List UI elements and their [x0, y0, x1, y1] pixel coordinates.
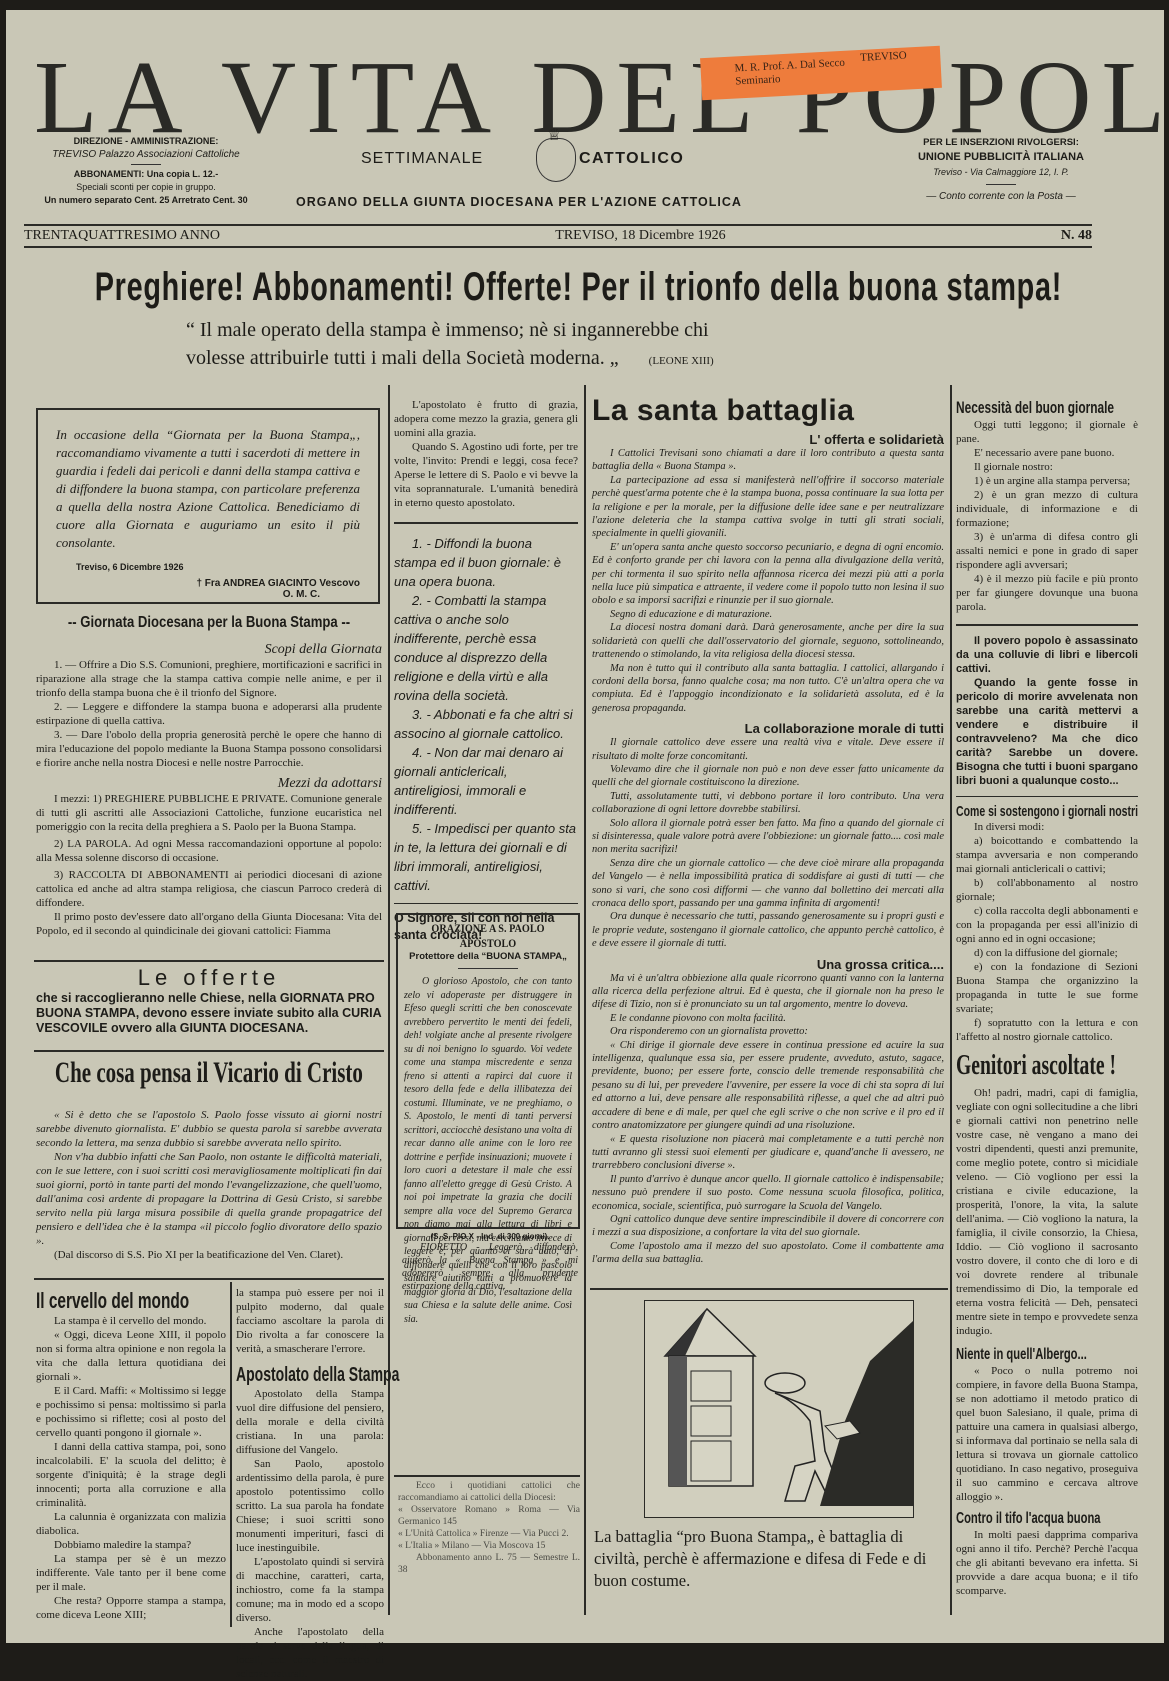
cervello-paragraph: E il Card. Maffi: « Moltissimo si legge …: [36, 1384, 226, 1440]
offerte-section: Le offerte che si raccoglieranno nelle C…: [36, 965, 382, 1036]
sostengono-item: e) con la fondazione di Sezioni Buona St…: [956, 960, 1138, 1016]
col4: Necessità del buon giornale Oggi tutti l…: [956, 398, 1138, 1598]
giornata-title: -- Giornata Diocesana per la Buona Stamp…: [67, 614, 351, 632]
direzione-label: DIREZIONE - AMMINISTRAZIONE:: [36, 135, 256, 148]
precetti-list: 1. - Diffondi la buona stampa ed il buon…: [394, 534, 578, 895]
genitori-title: Genitori ascoltate !: [956, 1050, 1138, 1082]
quotidiani-intro: Ecco i quotidiani cattolici che raccoman…: [398, 1480, 580, 1504]
divider: [24, 246, 1092, 248]
masthead-right-info: PER LE INSERZIONI RIVOLGERSI: UNIONE PUB…: [886, 135, 1116, 204]
unione-label: UNIONE PUBBLICITÀ ITALIANA: [886, 150, 1116, 165]
apostolato-cont-paragraph: L'apostolato è frutto di grazia, adopera…: [394, 398, 578, 440]
fioretto: FIORETTO - Leggerò, diffonderò, aiuterò …: [402, 1241, 578, 1293]
apostolato-paragraph: Apostolato della Stampa vuol dire diffus…: [236, 1387, 384, 1457]
bishop-notice-box: In occasione della “Giornata per la Buon…: [36, 408, 380, 604]
indulgenza: (S. S. PIO X - Ind. di 300 giorni).: [402, 1232, 578, 1241]
sede-text: TREVISO Palazzo Associazioni Cattoliche: [36, 148, 256, 161]
necessita-paragraph: E' necessario avere pane buono.: [956, 446, 1138, 460]
mezzi-item: I mezzi: 1) PREGHIERE PUBBLICHE E PRIVAT…: [36, 792, 382, 834]
article-paragraph: Ma vi è un'altra obbiezione alla quale r…: [592, 972, 944, 1012]
divider: [131, 164, 161, 165]
scopi-item: 3. — Dare l'obolo della propria generosi…: [36, 728, 382, 770]
scopi-item: 2. — Leggere e diffondere la stampa buon…: [36, 700, 382, 728]
apostolato-paragraph: L'apostolato quindi si servirà di macchi…: [236, 1555, 384, 1625]
orazione-footer: (S. S. PIO X - Ind. di 300 giorni). FIOR…: [402, 1232, 578, 1293]
vicario-section: Che cosa pensa il Vicario di Cristo « Si…: [36, 1056, 382, 1262]
column-divider: [584, 385, 586, 1615]
offerte-text: che si raccoglieranno nelle Chiese, nell…: [36, 991, 382, 1036]
kiosk-illustration: [644, 1300, 914, 1518]
apostolato-paragraph: Anche l'apostolato della parola si serve…: [236, 1625, 384, 1653]
povero-popolo-text: Il povero popolo è assassinato da una co…: [956, 634, 1138, 676]
masthead-left-info: DIREZIONE - AMMINISTRAZIONE: TREVISO Pal…: [36, 135, 256, 207]
cervello-paragraph: « Oggi, diceva Leone XIII, il popolo non…: [36, 1328, 226, 1384]
orazione-box: ORAZIONE A S. PAOLO APOSTOLO Protettore …: [396, 913, 580, 1229]
scopi-item: 1. — Offrire a Dio S.S. Comunioni, pregh…: [36, 658, 382, 700]
necessita-title: Necessità del buon giornale: [956, 398, 1138, 418]
masthead-title: LA VITA DEL POPOLO: [34, 48, 1114, 148]
albergo-title: Niente in quell'Albergo...: [956, 1346, 1138, 1364]
divider: [956, 624, 1138, 626]
article-paragraph: Senza dire che un giornale cattolico — c…: [592, 857, 944, 911]
col2: L'apostolato è frutto di grazia, adopera…: [394, 398, 578, 944]
leone-quote: “ Il male operato della stampa è immenso…: [186, 316, 966, 375]
necessita-paragraph: 3) è un'arma di difesa contro gli assalt…: [956, 530, 1138, 572]
article-paragraph: E' un'opera santa anche questo soccorso …: [592, 541, 944, 608]
sostengono-item: c) colla raccolta degli abbonamenti e co…: [956, 904, 1138, 946]
necessita-paragraph: Oggi tutti leggono; il giornale è pane.: [956, 418, 1138, 446]
mezzi-item: 2) LA PAROLA. Ad ogni Messa raccomandazi…: [36, 837, 382, 865]
scopi-title: Scopi della Giornata: [36, 642, 382, 658]
albergo-text: « Poco o nulla potremo noi compiere, in …: [956, 1364, 1138, 1504]
offerte-title: Le offerte: [36, 965, 382, 991]
sostengono-item: f) sopratutto con la lettura e con l'aff…: [956, 1016, 1138, 1044]
divider: [34, 1278, 384, 1280]
organo-line: ORGANO DELLA GIUNTA DIOCESANA PER L'AZIO…: [296, 195, 742, 209]
main-headline: Preghiere! Abbonamenti! Offerte! Per il …: [24, 265, 1133, 310]
divider: [394, 1475, 580, 1477]
necessita-paragraph: 4) è il mezzo più facile e più pronto pe…: [956, 572, 1138, 614]
apostolato-title: Apostolato della Stampa: [236, 1364, 384, 1387]
abbonamenti-text: ABBONAMENTI: Una copia L. 12.-: [36, 168, 256, 181]
vicario-paragraph: « Si è detto che se l'apostolo S. Paolo …: [36, 1108, 382, 1150]
article-paragraph: E le condanne piovono con molta facilità…: [592, 1012, 944, 1025]
indirizzo-text: Treviso - Via Calmaggiore 12, I. P.: [886, 165, 1116, 180]
subtitle-settimanale: SETTIMANALE: [361, 150, 483, 168]
sostengono-item: a) boicottando e combattendo la stampa a…: [956, 834, 1138, 876]
article-paragraph: Volevamo dire che il giornale non può e …: [592, 763, 944, 790]
apostolato-paragraph: San Paolo, apostolo ardentissimo della p…: [236, 1457, 384, 1555]
necessita-paragraph: 2) è un gran mezzo di cultura individual…: [956, 488, 1138, 530]
tifo-text: In molti paesi dapprima compariva ogni a…: [956, 1528, 1138, 1598]
necessita-paragraph: Il giornale nostro:: [956, 460, 1138, 474]
article-paragraph: Solo allora il giornale potrà esser ben …: [592, 817, 944, 857]
cervello-continuation: la stampa può essere per noi il pulpito …: [236, 1286, 384, 1356]
article-paragraph: La diocesi nostra domani darà. Darà gene…: [592, 621, 944, 661]
section-heading: La collaborazione morale di tutti: [592, 721, 944, 736]
subtitle-cattolico: CATTOLICO: [579, 150, 684, 168]
precetto-item: 4. - Non dar mai denaro ai giornali anti…: [394, 743, 578, 819]
column-divider: [388, 385, 390, 1615]
vicario-source: (Dal discorso di S.S. Pio XI per la beat…: [36, 1248, 382, 1262]
divider: [956, 796, 1138, 798]
divider: [458, 968, 518, 969]
crest-icon: [536, 138, 576, 182]
cervello-paragraph: La stampa è il cervello del mondo.: [36, 1314, 226, 1328]
section-heading: L' offerta e solidarietà: [592, 432, 944, 447]
abbonamento-text: Abbonamento anno L. 75 — Semestre L. 38: [398, 1552, 580, 1576]
sostengono-item: In diversi modi:: [956, 820, 1138, 834]
illustration-caption: La battaglia “pro Buona Stampa„ è battag…: [594, 1526, 944, 1592]
bishop-order: O. M. C.: [56, 589, 320, 600]
cervello-paragraph: Che resta? Opporre stampa a stampa, come…: [36, 1594, 226, 1622]
article-paragraph: Ogni cattolico dunque deve sentire impre…: [592, 1213, 944, 1240]
article-paragraph: La partecipazione ad essa si manifesterà…: [592, 474, 944, 541]
quote-line-2: volesse attribuirle tutti i mali della S…: [186, 347, 619, 369]
mezzi-item: Il primo posto dev'essere dato all'organ…: [36, 910, 382, 938]
inserzioni-label: PER LE INSERZIONI RIVOLGERSI:: [886, 135, 1116, 150]
orazione-subtitle: Protettore della “BUONA STAMPA„: [404, 951, 572, 962]
article-paragraph: Ora risponderemo con un giornalista prov…: [592, 1025, 944, 1038]
sostengono-item: d) con la diffusione del giornale;: [956, 946, 1138, 960]
quotidiano-item: « L'Italia » Milano — Via Moscova 15: [398, 1540, 580, 1552]
precetto-item: 5. - Impedisci per quanto sta in te, la …: [394, 819, 578, 895]
article-paragraph: Il giornale cattolico deve essere una re…: [592, 736, 944, 763]
vicario-paragraph: Non v'ha dubbio infatti che San Paolo, n…: [36, 1150, 382, 1248]
giornata-section: -- Giornata Diocesana per la Buona Stamp…: [36, 614, 382, 938]
divider: [34, 1050, 384, 1052]
cervello-section: Il cervello del mondo La stampa è il cer…: [36, 1288, 226, 1622]
sostengono-title: Come si sostengono i giornali nostri: [956, 803, 1138, 820]
quote-author: (LEONE XIII): [649, 355, 714, 367]
quotidiano-item: « Osservatore Romano » Roma — Via German…: [398, 1504, 580, 1528]
orazione-title: ORAZIONE A S. PAOLO APOSTOLO: [417, 921, 560, 951]
sconti-text: Speciali sconti per copie in gruppo.: [36, 181, 256, 194]
necessita-paragraph: 1) è un argine alla stampa perversa;: [956, 474, 1138, 488]
apostolato-cont-paragraph: Quando S. Agostino udì forte, per tre vo…: [394, 440, 578, 510]
vicario-title: Che cosa pensa il Vicario di Cristo: [36, 1056, 382, 1090]
column-divider: [230, 1282, 232, 1627]
conto-text: — Conto corrente con la Posta —: [886, 189, 1116, 204]
cervello-paragraph: La calunnia è organizzata con malizia di…: [36, 1510, 226, 1538]
precetto-item: 1. - Diffondi la buona stampa ed il buon…: [394, 534, 578, 591]
bishop-notice-date: Treviso, 6 Dicembre 1926: [76, 562, 360, 572]
precetto-item: 3. - Abbonati e fa che altri si associno…: [394, 705, 578, 743]
anno-text: TRENTAQUATTRESIMO ANNO: [24, 228, 220, 244]
quotidiano-item: « L'Unità Cattolica » Firenze — Via Pucc…: [398, 1528, 580, 1540]
article-paragraph: Segno di educazione e di maturazione.: [592, 608, 944, 621]
divider: [394, 903, 578, 905]
divider: [394, 522, 578, 524]
article-paragraph: Ma non è tutto qui il contributo alla sa…: [592, 662, 944, 716]
quotidiani-list: Ecco i quotidiani cattolici che raccoman…: [398, 1480, 580, 1576]
prezzi-text: Un numero separato Cent. 25 Arretrato Ce…: [36, 194, 256, 207]
date-text: TREVISO, 18 Dicembre 1926: [555, 228, 725, 244]
precetto-item: 2. - Combatti la stampa cattiva o anche …: [394, 591, 578, 705]
issue-number: N. 48: [1061, 228, 1092, 244]
genitori-text: Oh! padri, madri, capi di famiglia, vegl…: [956, 1086, 1138, 1338]
article-paragraph: Il punto d'arrivo è dunque ancor quello.…: [592, 1173, 944, 1213]
povero-popolo-text: Quando la gente fosse in pericolo di mor…: [956, 676, 1138, 788]
column-divider: [950, 385, 952, 1615]
mezzi-item: 3) RACCOLTA DI ABBONAMENTI ai periodici …: [36, 868, 382, 910]
divider: [34, 960, 384, 962]
divider: [590, 1288, 948, 1290]
cervello-title: Il cervello del mondo: [36, 1288, 225, 1314]
dateline: TRENTAQUATTRESIMO ANNO TREVISO, 18 Dicem…: [24, 228, 1092, 244]
santa-battaglia-article: La santa battaglia L' offerta e solidari…: [592, 394, 944, 1267]
section-heading: Una grossa critica....: [592, 957, 944, 972]
mezzi-title: Mezzi da adottarsi: [36, 776, 382, 792]
divider: [986, 184, 1016, 185]
apostolato-section: la stampa può essere per noi il pulpito …: [236, 1286, 384, 1653]
kiosk-cartoon-icon: [645, 1301, 915, 1519]
bishop-signature: † Fra ANDREA GIACINTO Vescovo: [56, 578, 360, 589]
quote-line-1: “ Il male operato della stampa è immenso…: [186, 316, 966, 344]
tifo-title: Contro il tifo l'acqua buona: [956, 1510, 1138, 1528]
article-paragraph: « E questa risoluzione non piacerà mai c…: [592, 1133, 944, 1173]
cervello-paragraph: Dobbiamo maledire la stampa?: [36, 1538, 226, 1552]
address-label-city: TREVISO: [860, 50, 907, 65]
article-paragraph: Come l'apostolo ama il mezzo del suo apo…: [592, 1240, 944, 1267]
article-paragraph: I Cattolici Trevisani sono chiamati a da…: [592, 447, 944, 474]
article-paragraph: Tutti, assolutamente tutti, vi debbono p…: [592, 790, 944, 817]
bishop-notice-text: In occasione della “Giornata per la Buon…: [56, 426, 360, 552]
cervello-paragraph: La stampa per sè è un mezzo indifferente…: [36, 1552, 226, 1594]
article-paragraph: « Chi dirige il giornale deve essere in …: [592, 1039, 944, 1133]
divider: [24, 224, 1092, 226]
sostengono-item: b) coll'abbonamento al nostro giornale;: [956, 876, 1138, 904]
newspaper-page: LA VITA DEL POPOLO M. R. Prof. A. Dal Se…: [6, 10, 1164, 1643]
article-paragraph: Ora dunque è necessario che tutti, passa…: [592, 910, 944, 950]
santa-battaglia-title: La santa battaglia: [592, 394, 944, 428]
cervello-paragraph: I danni della cattiva stampa, poi, sono …: [36, 1440, 226, 1510]
